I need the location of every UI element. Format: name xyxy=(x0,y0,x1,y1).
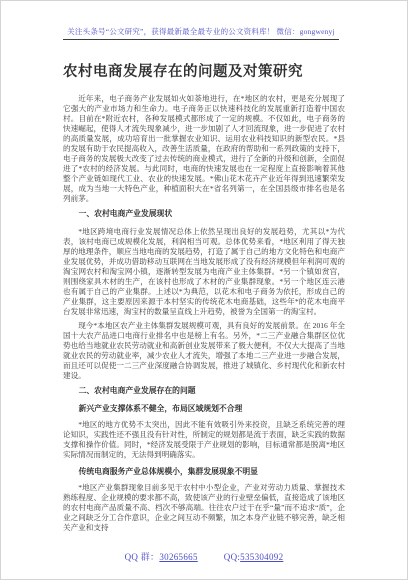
footer-contact: QQ 群：30265665QQ:535304092 xyxy=(1,550,407,563)
section-heading: 新兴产业支撑体系不健全，布局区域规划不合理 xyxy=(63,404,345,414)
section-heading: 一、农村电商产业发展现状 xyxy=(63,209,345,219)
qq-group-label: QQ 群： xyxy=(125,552,160,562)
header-rule-divider xyxy=(63,39,339,40)
paragraph: *地区跨境电商行业发展情况总体上依然呈现出良好的发展趋势，尤其以*为代表，该村电… xyxy=(63,227,345,317)
header-banner-text: 关注头条号“公文研究”，获得最新最全最专业的公文资料库！ 微信：gongweny… xyxy=(63,1,339,39)
qq-group-number: 30265665 xyxy=(159,552,197,562)
qq-number: 535304092 xyxy=(240,552,283,562)
paragraph: 近年来，电子商务产业发展如火如荼地进行，在*地区的农村，更是充分展现了它强大的产… xyxy=(63,94,345,204)
document-page: { "banner": { "text": "关注头条号“公文研究”，获得最新最… xyxy=(0,0,408,580)
document-body: 近年来，电子商务产业发展如火如荼地进行，在*地区的农村，更是充分展现了它强大的产… xyxy=(63,94,345,533)
section-heading: 传统电商服务产业总体规模小，集群发展现象不明显 xyxy=(63,467,345,477)
paragraph: *地区产业集群现象目前多见于农村中小型企业，产业对劳动力质量、掌握技术熟练程度、… xyxy=(63,483,345,533)
qq-label: QQ: xyxy=(224,552,240,562)
paragraph: *地区的地方优势不太突出，因此不能有效吸引外来投资，且缺乏系统完善的理论知识，实… xyxy=(63,420,345,460)
section-heading: 二、农村电商产业发展存在的问题 xyxy=(63,386,345,396)
page-title: 农村电商发展存在的问题及对策研究 xyxy=(63,60,345,81)
paragraph: 现今*本地区农产业主体集群发展规模可观，具有良好的发展前景。在 2016 年全国… xyxy=(63,321,345,381)
